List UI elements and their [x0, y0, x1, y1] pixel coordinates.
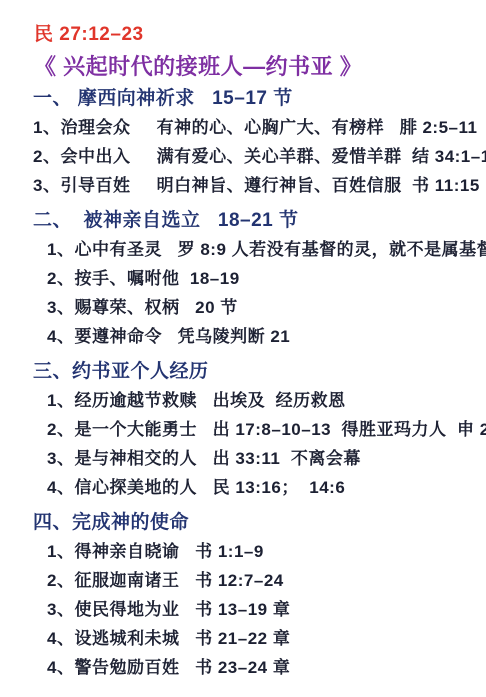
list-item: 3、是与神相交的人 出 33:11 不离会幕	[47, 444, 486, 473]
list-item: 4、警告勉励百姓 书 23–24 章	[47, 653, 486, 682]
outline-content: 民 27:12–23 《 兴起时代的接班人—约书亚 》 一、 摩西向神祈求 15…	[0, 0, 486, 682]
list-item: 2、会中出入 满有爱心、关心羊群、爱惜羊群 结 34:1–10；	[33, 142, 486, 171]
section-4-heading: 四、完成神的使命	[33, 508, 486, 537]
list-item: 2、按手、嘱咐他 18–19	[47, 264, 486, 293]
list-item: 3、使民得地为业 书 13–19 章	[47, 595, 486, 624]
section-2: 二、 被神亲自选立 18–21 节 1、心中有圣灵 罗 8:9 人若没有基督的灵…	[0, 206, 486, 351]
list-item: 2、是一个大能勇士 出 17:8–10–13 得胜亚玛力人 申 25:17–	[47, 415, 486, 444]
section-3: 三、约书亚个人经历 1、经历逾越节救赎 出埃及 经历救恩 2、是一个大能勇士 出…	[0, 357, 486, 502]
section-3-heading: 三、约书亚个人经历	[33, 357, 486, 386]
list-item: 3、引导百姓 明白神旨、遵行神旨、百姓信服 书 11:15	[33, 171, 486, 200]
list-item: 4、设逃城利未城 书 21–22 章	[47, 624, 486, 653]
section-1: 一、 摩西向神祈求 15–17 节 1、治理会众 有神的心、心胸广大、有榜样 腓…	[0, 84, 486, 200]
list-item: 4、信心探美地的人 民 13:16； 14:6	[47, 473, 486, 502]
sermon-outline-page: 民 27:12–23 《 兴起时代的接班人—约书亚 》 一、 摩西向神祈求 15…	[0, 0, 486, 697]
section-1-heading: 一、 摩西向神祈求 15–17 节	[33, 84, 486, 113]
section-2-heading: 二、 被神亲自选立 18–21 节	[33, 206, 486, 235]
list-item: 1、得神亲自晓谕 书 1:1–9	[47, 537, 486, 566]
list-item: 1、经历逾越节救赎 出埃及 经历救恩	[47, 386, 486, 415]
list-item: 4、要遵神命令 凭乌陵判断 21	[47, 322, 486, 351]
section-4: 四、完成神的使命 1、得神亲自晓谕 书 1:1–9 2、征服迦南诸王 书 12:…	[0, 508, 486, 682]
list-item: 3、赐尊荣、权柄 20 节	[47, 293, 486, 322]
page-title: 《 兴起时代的接班人—约书亚 》	[34, 50, 486, 84]
list-item: 1、心中有圣灵 罗 8:9 人若没有基督的灵，就不是属基督的	[47, 235, 486, 264]
list-item: 1、治理会众 有神的心、心胸广大、有榜样 腓 2:5–11	[33, 113, 486, 142]
list-item: 2、征服迦南诸王 书 12:7–24	[47, 566, 486, 595]
scripture-reference: 民 27:12–23	[34, 22, 486, 48]
